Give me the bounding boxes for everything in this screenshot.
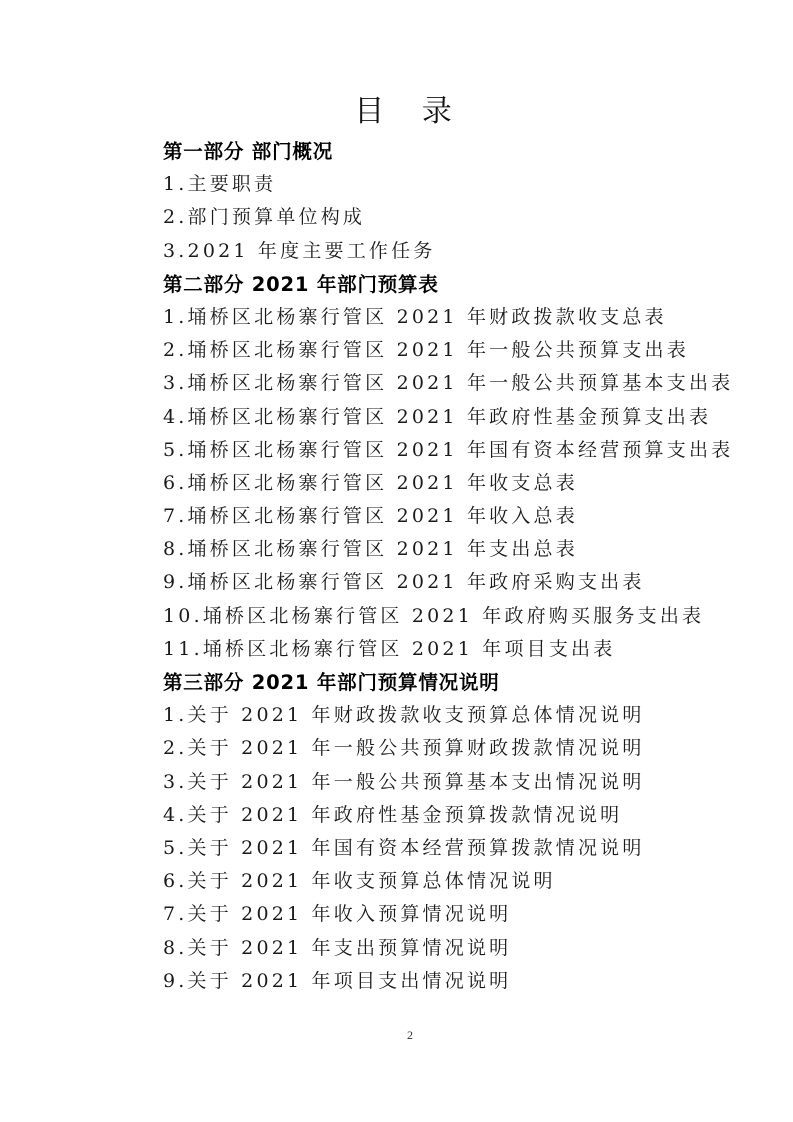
toc-item[interactable]: 4.关于 2021 年政府性基金预算拨款情况说明 [163,799,763,832]
toc-item[interactable]: 10.埇桥区北杨寨行管区 2021 年政府购买服务支出表 [163,600,763,633]
toc-item[interactable]: 7.关于 2021 年收入预算情况说明 [163,898,763,931]
toc-item[interactable]: 5.埇桥区北杨寨行管区 2021 年国有资本经营预算支出表 [163,434,763,467]
document-page: 目 录 第一部分 部门概况 1.主要职责 2.部门预算单位构成 3.2021 年… [0,0,793,1122]
section-heading-part-1: 第一部分 部门概况 [163,135,763,168]
page-number: 2 [0,1028,793,1043]
section-heading-part-2: 第二部分 2021 年部门预算表 [163,268,763,301]
toc-item[interactable]: 2.埇桥区北杨寨行管区 2021 年一般公共预算支出表 [163,334,763,367]
toc-item[interactable]: 4.埇桥区北杨寨行管区 2021 年政府性基金预算支出表 [163,401,763,434]
toc-item[interactable]: 1.埇桥区北杨寨行管区 2021 年财政拨款收支总表 [163,301,763,334]
toc-item[interactable]: 8.埇桥区北杨寨行管区 2021 年支出总表 [163,533,763,566]
table-of-contents: 第一部分 部门概况 1.主要职责 2.部门预算单位构成 3.2021 年度主要工… [163,135,763,998]
toc-item[interactable]: 9.埇桥区北杨寨行管区 2021 年政府采购支出表 [163,566,763,599]
toc-item[interactable]: 3.关于 2021 年一般公共预算基本支出情况说明 [163,766,763,799]
toc-item[interactable]: 7.埇桥区北杨寨行管区 2021 年收入总表 [163,500,763,533]
toc-item[interactable]: 5.关于 2021 年国有资本经营预算拨款情况说明 [163,832,763,865]
toc-title: 目 录 [0,92,793,132]
toc-item[interactable]: 9.关于 2021 年项目支出情况说明 [163,965,763,998]
toc-item[interactable]: 3.埇桥区北杨寨行管区 2021 年一般公共预算基本支出表 [163,367,763,400]
toc-item[interactable]: 6.关于 2021 年收支预算总体情况说明 [163,865,763,898]
toc-item[interactable]: 6.埇桥区北杨寨行管区 2021 年收支总表 [163,467,763,500]
toc-item[interactable]: 1.主要职责 [163,168,763,201]
toc-item[interactable]: 11.埇桥区北杨寨行管区 2021 年项目支出表 [163,633,763,666]
toc-item[interactable]: 2.部门预算单位构成 [163,201,763,234]
toc-item[interactable]: 1.关于 2021 年财政拨款收支预算总体情况说明 [163,699,763,732]
toc-item[interactable]: 2.关于 2021 年一般公共预算财政拨款情况说明 [163,732,763,765]
toc-item[interactable]: 3.2021 年度主要工作任务 [163,235,763,268]
section-heading-part-3: 第三部分 2021 年部门预算情况说明 [163,666,763,699]
toc-item[interactable]: 8.关于 2021 年支出预算情况说明 [163,932,763,965]
